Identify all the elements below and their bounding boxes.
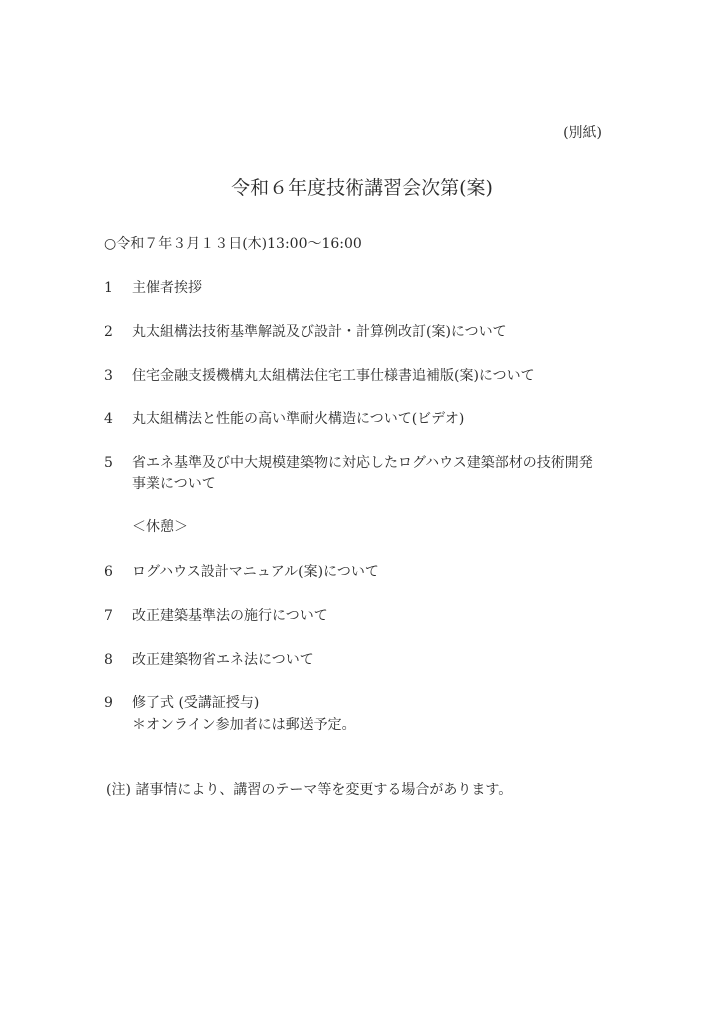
item-number: 8 xyxy=(104,652,132,668)
item-number: 6 xyxy=(104,564,132,580)
item-text: 省エネ基準及び中大規模建築物に対応したログハウス建築部材の技術開発 xyxy=(132,455,593,471)
item-number: 2 xyxy=(104,324,132,340)
attachment-label: (別紙) xyxy=(0,122,602,142)
agenda-item-4: 4丸太組構法と性能の高い準耐火構造について(ビデオ) xyxy=(104,408,464,428)
break-label: ＜休憩＞ xyxy=(132,516,188,536)
agenda-item-9: 9修了式 (受講証授与) xyxy=(104,692,259,712)
agenda-item-8: 8改正建築物省エネ法について xyxy=(104,649,314,669)
date-line: ○令和７年３月１３日(木)13:00～16:00 xyxy=(104,233,362,253)
item-text: 丸太組構法と性能の高い準耐火構造について(ビデオ) xyxy=(132,411,464,427)
item-text: 修了式 (受講証授与) xyxy=(132,695,259,711)
agenda-item-1: 1主催者挨拶 xyxy=(104,277,202,297)
item-number: 4 xyxy=(104,411,132,427)
item-number: 3 xyxy=(104,368,132,384)
item-text: 丸太組構法技術基準解説及び設計・計算例改訂(案)について xyxy=(132,324,507,340)
agenda-item-9-continuation: ＊オンライン参加者には郵送予定。 xyxy=(132,714,356,734)
item-number: 7 xyxy=(104,608,132,624)
agenda-item-7: 7改正建築基準法の施行について xyxy=(104,605,328,625)
agenda-item-5: 5省エネ基準及び中大規模建築物に対応したログハウス建築部材の技術開発 xyxy=(104,452,593,472)
agenda-item-5-continuation: 事業について xyxy=(132,473,216,493)
footnote: (注) 諸事情により、講習のテーマ等を変更する場合があります。 xyxy=(106,779,512,799)
item-number: 9 xyxy=(104,695,132,711)
item-text: 住宅金融支援機構丸太組構法住宅工事仕様書追補版(案)について xyxy=(132,368,535,384)
agenda-item-6: 6ログハウス設計マニュアル(案)について xyxy=(104,561,379,581)
item-text: 改正建築物省エネ法について xyxy=(132,652,314,668)
item-text: 改正建築基準法の施行について xyxy=(132,608,328,624)
item-number: 1 xyxy=(104,280,132,296)
agenda-item-3: 3住宅金融支援機構丸太組構法住宅工事仕様書追補版(案)について xyxy=(104,365,535,385)
item-text: ログハウス設計マニュアル(案)について xyxy=(132,564,379,580)
document-title: 令和６年度技術講習会次第(案) xyxy=(0,173,724,200)
agenda-item-2: 2丸太組構法技術基準解説及び設計・計算例改訂(案)について xyxy=(104,321,507,341)
item-text: 主催者挨拶 xyxy=(132,280,202,296)
item-number: 5 xyxy=(104,455,132,471)
